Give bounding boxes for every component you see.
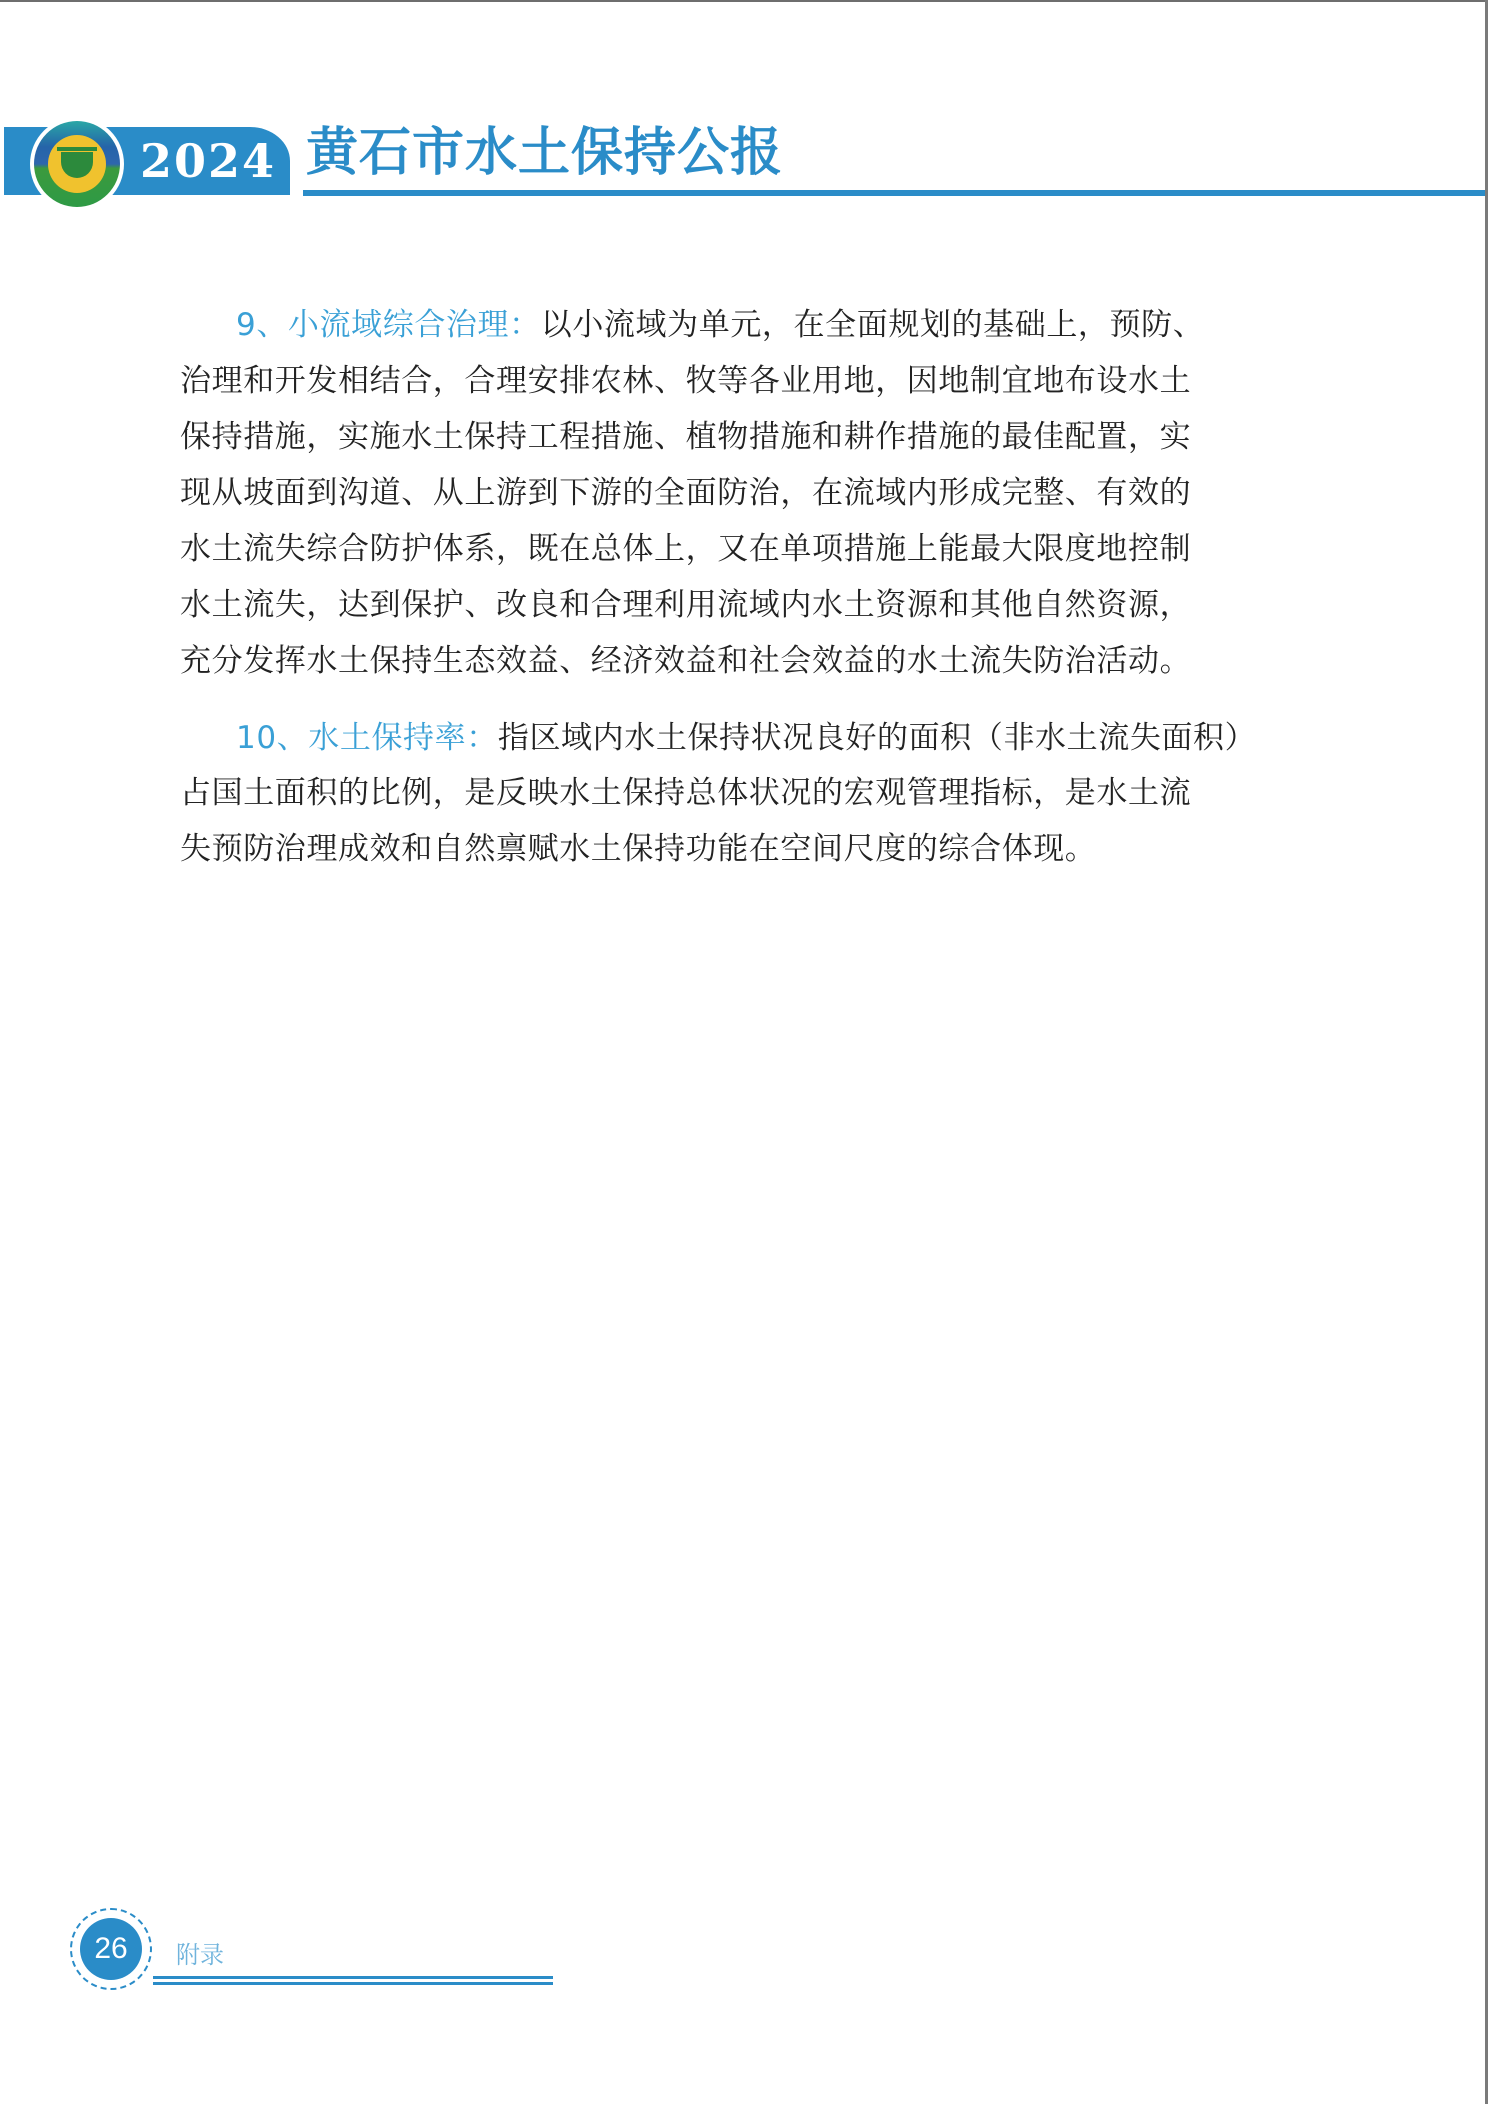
paragraph-line: 水土流失综合防护体系，既在总体上，又在单项措施上能最大限度地控制 bbox=[180, 529, 1191, 569]
report-year: 2024 bbox=[140, 130, 276, 192]
paragraph-line: 失预防治理成效和自然禀赋水土保持功能在空间尺度的综合体现。 bbox=[180, 829, 1096, 869]
footer-divider bbox=[153, 1982, 553, 1985]
paragraph-line: 10、水土保持率：指区域内水土保持状况良好的面积（非水土流失面积） bbox=[236, 718, 1256, 758]
definition-text: 指区域内水土保持状况良好的面积（非水土流失面积） bbox=[498, 720, 1256, 756]
definition-term: 9、小流域综合治理： bbox=[236, 307, 541, 343]
emblem-icon bbox=[30, 117, 124, 211]
paragraph-line: 充分发挥水土保持生态效益、经济效益和社会效益的水土流失防治活动。 bbox=[180, 641, 1191, 681]
paragraph-line: 9、小流域综合治理：以小流域为单元，在全面规划的基础上，预防、 bbox=[236, 305, 1204, 345]
paragraph-line: 水土流失，达到保护、改良和合理利用流域内水土资源和其他自然资源， bbox=[180, 585, 1191, 625]
section-label: 附录 bbox=[176, 1940, 224, 1970]
paragraph-line: 治理和开发相结合，合理安排农林、牧等各业用地，因地制宜地布设水土 bbox=[180, 361, 1191, 401]
page-number: 26 bbox=[80, 1918, 142, 1980]
header-divider bbox=[303, 190, 1485, 196]
paragraph-line: 占国土面积的比例，是反映水土保持总体状况的宏观管理指标，是水土流 bbox=[180, 773, 1191, 813]
paragraph-line: 保持措施，实施水土保持工程措施、植物措施和耕作措施的最佳配置，实 bbox=[180, 417, 1191, 457]
definition-text: 以小流域为单元，在全面规划的基础上，预防、 bbox=[541, 307, 1205, 343]
definition-term: 10、水土保持率： bbox=[236, 720, 498, 756]
footer-divider bbox=[153, 1976, 553, 1979]
page-border-top bbox=[0, 0, 1488, 2]
paragraph-line: 现从坡面到沟道、从上游到下游的全面防治，在流域内形成完整、有效的 bbox=[180, 473, 1191, 513]
report-title: 黄石市水土保持公报 bbox=[306, 118, 783, 188]
